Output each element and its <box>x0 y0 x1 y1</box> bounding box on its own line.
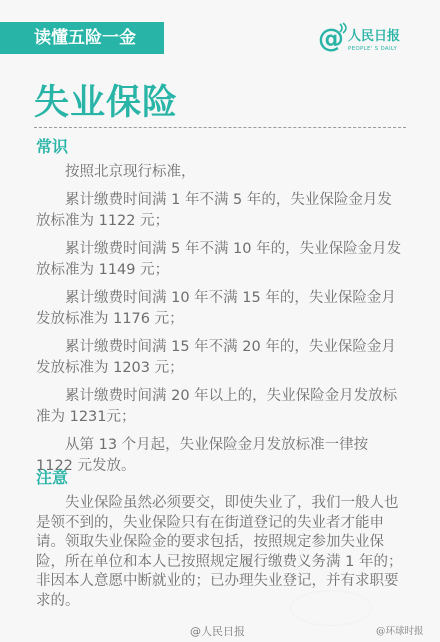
series-label: 读懂五险一金 <box>34 28 136 48</box>
series-banner: 读懂五险一金 <box>0 22 164 54</box>
title-divider <box>34 127 406 128</box>
paragraph: 累计缴费时间满 1 年不满 5 年的，失业保险金月发放标准为 1122 元； <box>36 190 406 232</box>
faint-stamp-watermark <box>290 590 372 626</box>
peoples-daily-logo: @ 人民日报 PEOPLE' S DAILY <box>318 24 408 58</box>
logo-name-cn: 人民日报 <box>348 30 400 44</box>
paragraph: 累计缴费时间满 5 年不满 10 年的，失业保险金月发放标准为 1149 元； <box>36 239 406 281</box>
section-heading-notes: 注意 <box>36 468 68 488</box>
page-title: 失业保险 <box>34 82 178 124</box>
paragraph: 累计缴费时间满 20 年以上的，失业保险金月发放标准为 1231元； <box>36 386 406 428</box>
basics-body: 按照北京现行标准， 累计缴费时间满 1 年不满 5 年的，失业保险金月发放标准为… <box>36 162 406 477</box>
paragraph: 按照北京现行标准， <box>36 162 406 183</box>
watermark-peoples-daily: @人民日报 <box>190 623 245 639</box>
section-heading-basics: 常识 <box>36 137 68 157</box>
watermark-global-times: @环球时报 <box>376 623 424 637</box>
paragraph: 累计缴费时间满 10 年不满 15 年的，失业保险金月发放标准为 1176 元； <box>36 288 406 330</box>
paragraph: 累计缴费时间满 15 年不满 20 年的，失业保险金月发放标准为 1203 元； <box>36 337 406 379</box>
logo-name-en: PEOPLE' S DAILY <box>348 46 397 52</box>
paragraph: 从第 13 个月起，失业保险金月发放标准一律按 1122 元发放。 <box>36 435 406 477</box>
